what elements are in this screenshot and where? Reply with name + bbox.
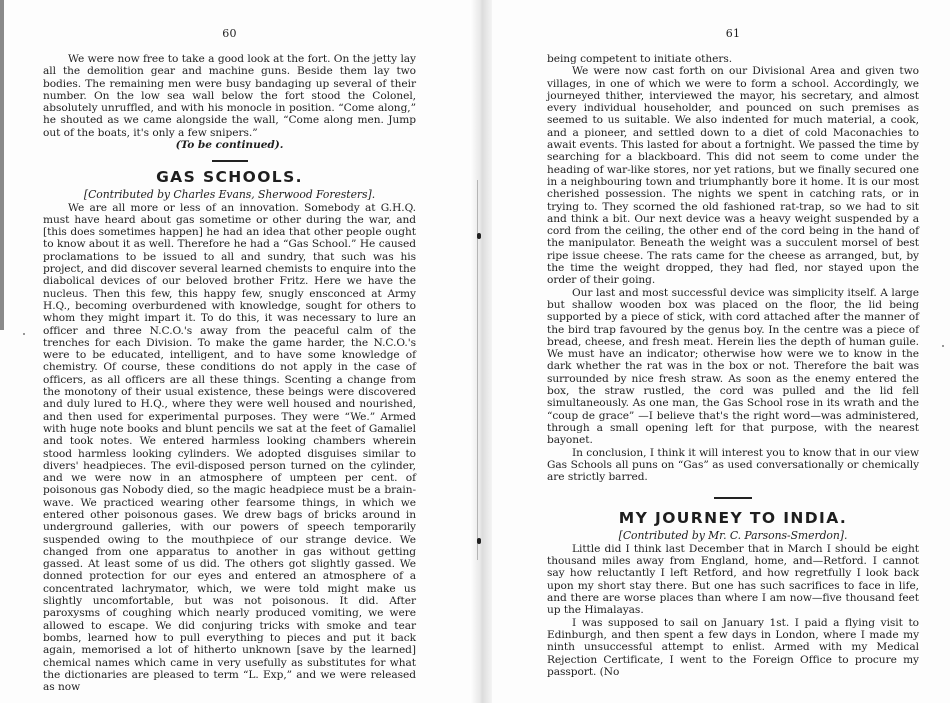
- to-be-continued-note: (To be continued).: [43, 139, 416, 152]
- article-paragraph: In conclusion, I think it will interest …: [547, 447, 919, 484]
- left-page-body: We were now free to take a good look at …: [43, 53, 416, 693]
- book-spread: 60 We were now free to take a good look …: [0, 0, 950, 703]
- article-paragraph: Our last and most successful device was …: [547, 287, 919, 447]
- staple-mark: [477, 233, 481, 239]
- article-paragraph: We were now cast forth on our Divisional…: [547, 65, 919, 286]
- left-page: 60 We were now free to take a good look …: [43, 0, 416, 703]
- page-number: 61: [547, 27, 919, 40]
- article-byline: [Contributed by Charles Evans, Sherwood …: [43, 188, 416, 201]
- article-title: MY JOURNEY TO INDIA.: [547, 509, 919, 527]
- book-gutter: [470, 0, 492, 703]
- continuation-paragraph: We were now free to take a good look at …: [43, 53, 416, 139]
- article-paragraph: I was supposed to sail on January 1st. I…: [547, 617, 919, 678]
- paper-speck: [942, 345, 944, 347]
- section-divider: [212, 160, 248, 162]
- right-page: 61 being competent to initiate others. W…: [547, 0, 919, 703]
- section-divider: [714, 497, 752, 499]
- article-paragraph: We are all more or less of an innovation…: [43, 202, 416, 694]
- article-byline: [Contributed by Mr. C. Parsons-Smerdon].: [547, 529, 919, 542]
- staple-mark: [477, 538, 481, 544]
- article-paragraph: Little did I think last December that in…: [547, 543, 919, 617]
- page-edge-shadow: [0, 0, 4, 330]
- right-page-body: being competent to initiate others. We w…: [547, 53, 919, 678]
- paper-speck: [23, 333, 25, 335]
- page-number: 60: [43, 27, 416, 40]
- article-title: GAS SCHOOLS.: [43, 168, 416, 186]
- article-paragraph: being competent to initiate others.: [547, 53, 919, 65]
